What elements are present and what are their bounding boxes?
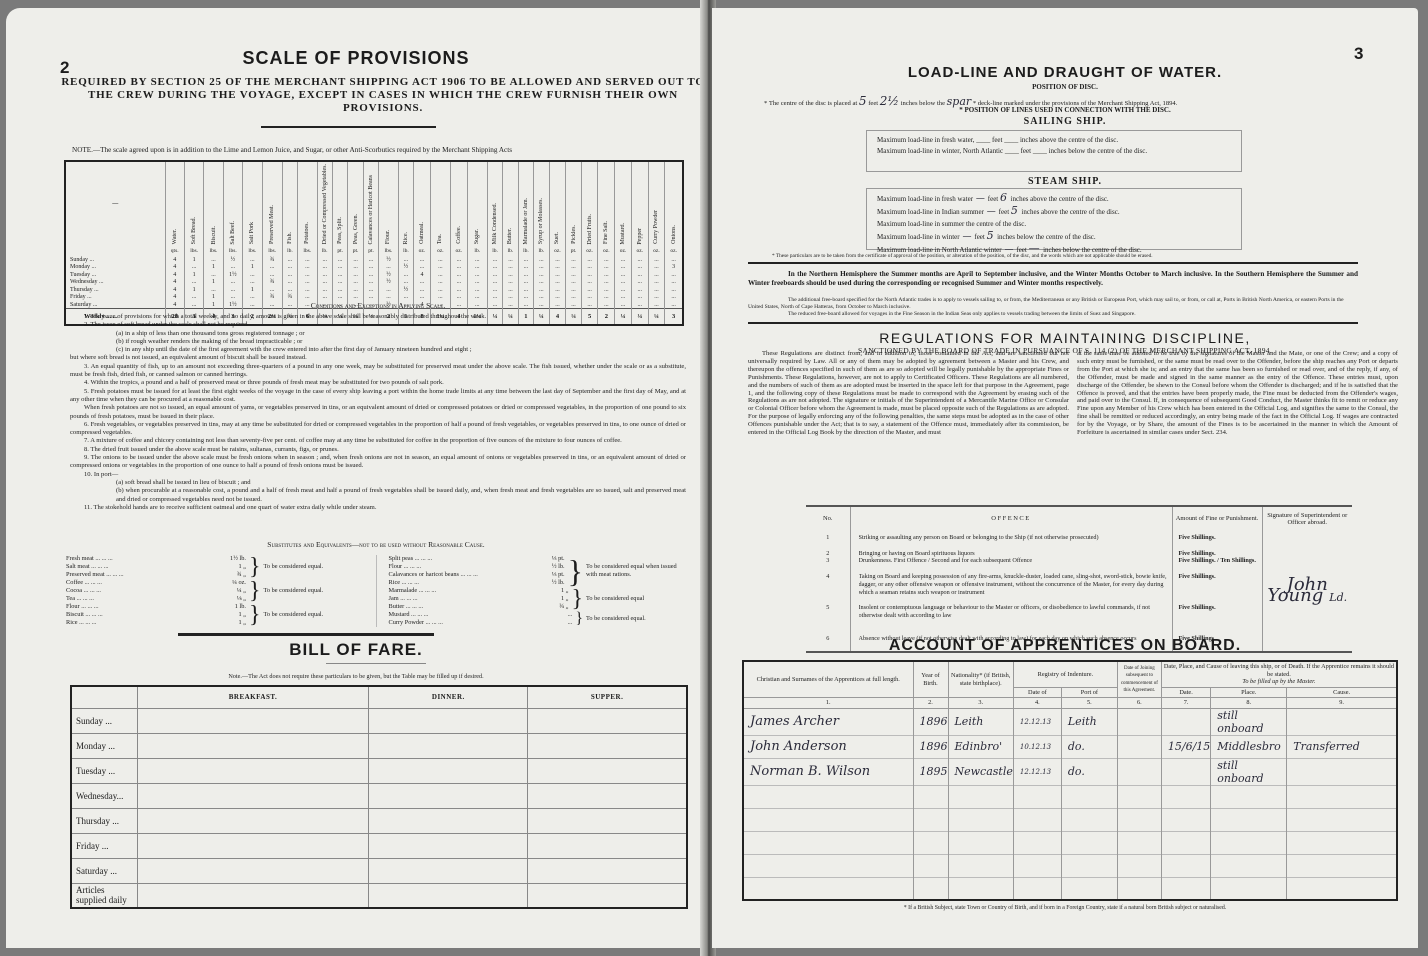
col-year: Year of Birth. <box>913 661 948 698</box>
sailing-ship-title: SAILING SHIP. <box>712 116 1418 127</box>
column-header: Fine Salt. <box>598 161 615 246</box>
apprentice-row: Norman B. Wilson1895Newcastle12.12.13do.… <box>743 758 1397 785</box>
column-header: Calavances or Haricot Beans <box>363 161 378 246</box>
superintendent-signature: John Young <box>1267 574 1327 607</box>
apprentice-row-empty <box>743 877 1397 900</box>
table-row: Tuesday ...41...1½......................… <box>65 271 683 279</box>
apprentice-row-empty <box>743 831 1397 854</box>
apprentice-row: James Archer1896Leith12.12.13Leithstill … <box>743 708 1397 735</box>
fare-cell[interactable] <box>137 883 369 908</box>
column-header: Peas, Split. <box>332 161 347 246</box>
fare-column-header: DINNER. <box>369 686 528 708</box>
steam-line: Maximum load-line in winter — feet 5 inc… <box>877 230 1231 243</box>
offence-header: OFFENCE <box>850 506 1172 530</box>
column-header: Butter. <box>503 161 518 246</box>
discipline-title: REGULATIONS FOR MAINTAINING DISCIPLINE, <box>712 330 1418 346</box>
leave-cause[interactable] <box>1287 708 1397 735</box>
fare-row: Thursday ... <box>71 808 687 833</box>
steam-line: Maximum load-line in fresh water — feet … <box>877 192 1231 205</box>
condition-item: When fresh potatoes are not so issued, a… <box>70 404 686 421</box>
joining-date[interactable] <box>1117 735 1161 758</box>
apprentice-row: John Anderson1896Edinbro'10.12.13do.15/6… <box>743 735 1397 758</box>
nationality[interactable]: Leith <box>948 708 1013 735</box>
column-header: Potatoes. <box>298 161 317 246</box>
indian-seas-note: The reduced free-board allowed for voyag… <box>748 311 1358 318</box>
column-header: Syrup or Molasses. <box>534 161 549 246</box>
steam-ship-box: Maximum load-line in fresh water — feet … <box>866 188 1242 250</box>
fare-column-header: BREAKFAST. <box>137 686 369 708</box>
sailing-line: Maximum load-line in fresh water, ____ f… <box>877 135 1231 146</box>
apprentice-row-empty <box>743 808 1397 831</box>
fare-row: Saturday ... <box>71 858 687 883</box>
column-header: Coffee. <box>450 161 467 246</box>
column-header: Peas, Green. <box>348 161 363 246</box>
column-header: Tea. <box>430 161 450 246</box>
sailing-ship-box: Maximum load-line in fresh water, ____ f… <box>866 130 1242 172</box>
column-header: Milk Condensed. <box>487 161 502 246</box>
table-row: Thursday ...41......1...................… <box>65 286 683 294</box>
substitute-group: Flour ... ... ...1 lb.Biscuit ... ... ..… <box>66 603 364 627</box>
column-header: Mustard. <box>615 161 632 246</box>
apprentices-title: ACCOUNT OF APPRENTICES ON BOARD. <box>712 637 1418 655</box>
fare-cell[interactable] <box>369 858 528 883</box>
substitute-group: Coffee ... ... ...¼ oz.Cocoa ... ... ...… <box>66 579 364 603</box>
loadline-title: LOAD-LINE AND DRAUGHT OF WATER. <box>712 64 1418 81</box>
corner-cell: — <box>65 161 165 246</box>
column-header: Oatmeal. <box>414 161 431 246</box>
condition-item: 10. In port— <box>70 471 686 479</box>
leave-date[interactable]: 15/6/15 <box>1161 735 1210 758</box>
apprentice-row-empty <box>743 785 1397 808</box>
offence-text: Bringing or having on Board spirituous l… <box>859 550 1172 558</box>
sailing-line: Maximum load-line in winter, North Atlan… <box>877 146 1231 157</box>
column-header: Pepper <box>631 161 648 246</box>
column-header: Soft Bread. <box>184 161 203 246</box>
condition-item: 3. An equal quantity of fish, up to an a… <box>70 363 686 380</box>
leave-cause[interactable] <box>1287 758 1397 785</box>
column-header: Pickles. <box>566 161 581 246</box>
fine-amount: Five Shillings. <box>1179 573 1262 604</box>
joining-date[interactable] <box>1117 758 1161 785</box>
offence-header: No. <box>806 506 850 530</box>
fare-cell[interactable] <box>528 783 687 808</box>
column-header: Salt Pork <box>243 161 262 246</box>
fare-cell[interactable] <box>528 733 687 758</box>
fare-cell[interactable] <box>369 708 528 733</box>
bill-of-fare-note: Note.—The Act does not require these par… <box>6 673 706 681</box>
fare-cell[interactable] <box>137 808 369 833</box>
indenture-port[interactable]: do. <box>1061 758 1117 785</box>
steam-line: Maximum load-line in summer the centre o… <box>877 219 1231 230</box>
lines-heading: * POSITION OF LINES USED IN CONNECTION W… <box>712 106 1418 114</box>
bill-of-fare-table: BREAKFAST.DINNER.SUPPER. Sunday ...Monda… <box>70 685 688 909</box>
indenture-date[interactable]: 12.12.13 <box>1013 708 1061 735</box>
fare-cell[interactable] <box>369 758 528 783</box>
nationality[interactable]: Newcastle <box>948 758 1013 785</box>
leave-place[interactable]: still onboard <box>1211 708 1287 735</box>
offence-table: No.OFFENCEAmount of Fine or Punishment.S… <box>806 505 1352 653</box>
discipline-col-2: at the same time be attested to be true … <box>1077 350 1398 437</box>
column-header: Marmalade or Jam. <box>518 161 533 246</box>
apprentice-name[interactable]: Norman B. Wilson <box>743 758 913 785</box>
column-header: Salt Beef. <box>223 161 242 246</box>
substitute-group: Fresh meat ... ... ...1½ lb.Salt meat ..… <box>66 555 364 579</box>
column-header: Sugar. <box>467 161 487 246</box>
condition-item: but where soft bread is not issued, an e… <box>70 354 686 362</box>
fare-cell[interactable] <box>137 833 369 858</box>
condition-item: 11. The stokehold hands are to receive s… <box>70 504 686 512</box>
page-title: SCALE OF PROVISIONS <box>6 48 706 69</box>
offence-header: Amount of Fine or Punishment. <box>1172 506 1262 530</box>
conditions-section: Conditions and Exceptions in Applying Sc… <box>70 301 686 512</box>
offence-text: Striking or assaulting any person on Boa… <box>859 534 1172 550</box>
fine-amount: Five Shillings. / Ten Shillings. <box>1179 557 1262 573</box>
steam-ship-title: STEAM SHIP. <box>712 176 1418 187</box>
fare-column-header: SUPPER. <box>528 686 687 708</box>
north-atlantic-note: The additional free-board specified for … <box>748 297 1358 311</box>
fine-amount: Five Shillings. <box>1179 534 1262 550</box>
column-header: Onions. <box>665 161 683 246</box>
fare-row: Sunday ... <box>71 708 687 733</box>
condition-item: 6. Fresh vegetables, or vegetables prese… <box>70 421 686 438</box>
offence-text: Insolent or contemptuous language or beh… <box>859 604 1172 635</box>
leave-date[interactable] <box>1161 758 1210 785</box>
fare-cell[interactable] <box>137 858 369 883</box>
indenture-port[interactable]: Leith <box>1061 708 1117 735</box>
fare-cell[interactable] <box>528 833 687 858</box>
fare-cell[interactable] <box>528 883 687 908</box>
column-header: Flour. <box>379 161 398 246</box>
discipline-col-1: These Regulations are distinct from, and… <box>748 350 1069 437</box>
offence-text: Taking on Board and keeping possession o… <box>859 573 1172 604</box>
apprentice-row-empty <box>743 854 1397 877</box>
column-header: Biscuit. <box>204 161 223 246</box>
col-joining: Date of Joining subsequent to commenceme… <box>1117 661 1161 698</box>
substitute-group: Marmalade ... ... ...1 „Jam ... ... ...1… <box>389 587 687 611</box>
leave-place[interactable]: Middlesbro <box>1211 735 1287 758</box>
leave-date[interactable] <box>1161 708 1210 735</box>
condition-item: 8. The dried fruit issued under the abov… <box>70 446 686 454</box>
fare-row: Tuesday ... <box>71 758 687 783</box>
fare-cell[interactable] <box>528 858 687 883</box>
col-leaving: Date, Place, and Cause of leaving this s… <box>1161 661 1397 687</box>
discipline-body: These Regulations are distinct from, and… <box>748 350 1398 437</box>
condition-item: (a) soft bread shall be issued in lieu o… <box>70 479 686 487</box>
fare-row: Monday ... <box>71 733 687 758</box>
fare-cell[interactable] <box>137 758 369 783</box>
column-header: Dried or Compressed Vegetables. <box>317 161 332 246</box>
col-name: Christian and Surnames of the Apprentice… <box>743 661 913 698</box>
column-header: Suet. <box>549 161 566 246</box>
indenture-date[interactable]: 12.12.13 <box>1013 758 1061 785</box>
conditions-title: Conditions and Exceptions in Applying Sc… <box>70 301 686 310</box>
leave-place[interactable]: still onboard <box>1211 758 1287 785</box>
fare-cell[interactable] <box>528 808 687 833</box>
leave-cause[interactable]: Transferred <box>1287 735 1397 758</box>
col-registry: Registry of Indenture. <box>1013 661 1117 687</box>
condition-item: (a) in a ship of less than one thousand … <box>70 330 686 338</box>
condition-item: 2. The issue of soft bread under the sca… <box>70 321 686 329</box>
bill-of-fare-title: BILL OF FARE. <box>6 640 706 660</box>
fare-cell[interactable] <box>369 833 528 858</box>
apprentices-table: Christian and Surnames of the Apprentice… <box>742 660 1398 901</box>
substitutes-section: Substitutes and Equivalents—not to be us… <box>66 540 686 627</box>
substitute-group: Split peas ... ... ...⅓ pt.Flour ... ...… <box>389 555 687 587</box>
fine-amount: Five Shillings. <box>1179 550 1262 558</box>
substitutes-title: Substitutes and Equivalents—not to be us… <box>66 540 686 549</box>
fare-cell[interactable] <box>528 758 687 783</box>
indenture-date[interactable]: 10.12.13 <box>1013 735 1061 758</box>
fare-cell[interactable] <box>137 733 369 758</box>
subtitle: REQUIRED BY SECTION 25 OF THE MERCHANT S… <box>58 76 706 115</box>
fare-cell[interactable] <box>369 808 528 833</box>
fare-row: Wednesday... <box>71 783 687 808</box>
fare-cell[interactable] <box>137 708 369 733</box>
joining-date[interactable] <box>1117 708 1161 735</box>
fare-row: Friday ... <box>71 833 687 858</box>
offence-header: Signature of Superintendent or Officer a… <box>1262 506 1352 530</box>
birth-year[interactable]: 1896 <box>913 735 948 758</box>
table-row: Monday ...4...1...1.....................… <box>65 264 683 272</box>
column-header: Fish. <box>282 161 297 246</box>
column-header: Dried Fruits. <box>581 161 598 246</box>
condition-item: (c) in any ship until the date of the fi… <box>70 346 686 354</box>
column-header: Preserved Meat. <box>262 161 282 246</box>
apprentice-name[interactable]: James Archer <box>743 708 913 735</box>
apprentice-name[interactable]: John Anderson <box>743 735 913 758</box>
loadline-footnote: * These particulars are to be taken from… <box>772 252 1392 260</box>
substitute-group: Mustard ... ... ......Curry Powder ... .… <box>389 611 687 627</box>
fare-cell[interactable] <box>137 783 369 808</box>
page-number: 3 <box>1354 44 1363 64</box>
note: NOTE.—The scale agreed upon is in additi… <box>72 146 702 155</box>
apprentices-footnote: * If a British Subject, state Town or Co… <box>712 904 1418 912</box>
fare-cell[interactable] <box>369 783 528 808</box>
condition-item: 5. Fresh potatoes must be issued for at … <box>70 388 686 405</box>
col-nationality: Nationality* (if British, state birthpla… <box>948 661 1013 698</box>
hemisphere-note: In the Northern Hemisphere the Summer mo… <box>748 270 1358 287</box>
table-row: Sunday ...41...½...¾..................½.… <box>65 256 683 264</box>
fare-cell[interactable] <box>369 733 528 758</box>
column-header: Water. <box>165 161 184 246</box>
fare-cell[interactable] <box>369 883 528 908</box>
column-header: Curry Powder <box>648 161 665 246</box>
birth-year[interactable]: 1896 <box>913 708 948 735</box>
condition-item: 7. A mixture of coffee and chicory conta… <box>70 437 686 445</box>
fare-row: Articles supplied daily <box>71 883 687 908</box>
indenture-port[interactable]: do. <box>1061 735 1117 758</box>
position-of-disc: POSITION OF DISC. <box>712 83 1418 91</box>
steam-line: Maximum load-line in Indian summer — fee… <box>877 205 1231 218</box>
offence-rows: 123456Striking or assaulting any person … <box>806 530 1352 652</box>
birth-year[interactable]: 1895 <box>913 758 948 785</box>
fare-cell[interactable] <box>528 708 687 733</box>
condition-item: 4. Within the tropics, a pound and a hal… <box>70 379 686 387</box>
condition-item: 9. The onions to be issued under the abo… <box>70 454 686 471</box>
fine-amount: Five Shillings. <box>1179 604 1262 635</box>
condition-item: (b) if rough weather renders the making … <box>70 338 686 346</box>
column-header: Rice. <box>398 161 413 246</box>
condition-item: 1. The issue of provisions for which a t… <box>70 313 686 321</box>
offence-text: Drunkenness. First Offence / Second and … <box>859 557 1172 573</box>
table-row: Wednesday ...4...1......¾...............… <box>65 279 683 287</box>
condition-item: (b) when procurable at a reasonable cost… <box>70 487 686 504</box>
left-page: 2 SCALE OF PROVISIONS REQUIRED BY SECTIO… <box>6 8 706 948</box>
nationality[interactable]: Edinbro' <box>948 735 1013 758</box>
